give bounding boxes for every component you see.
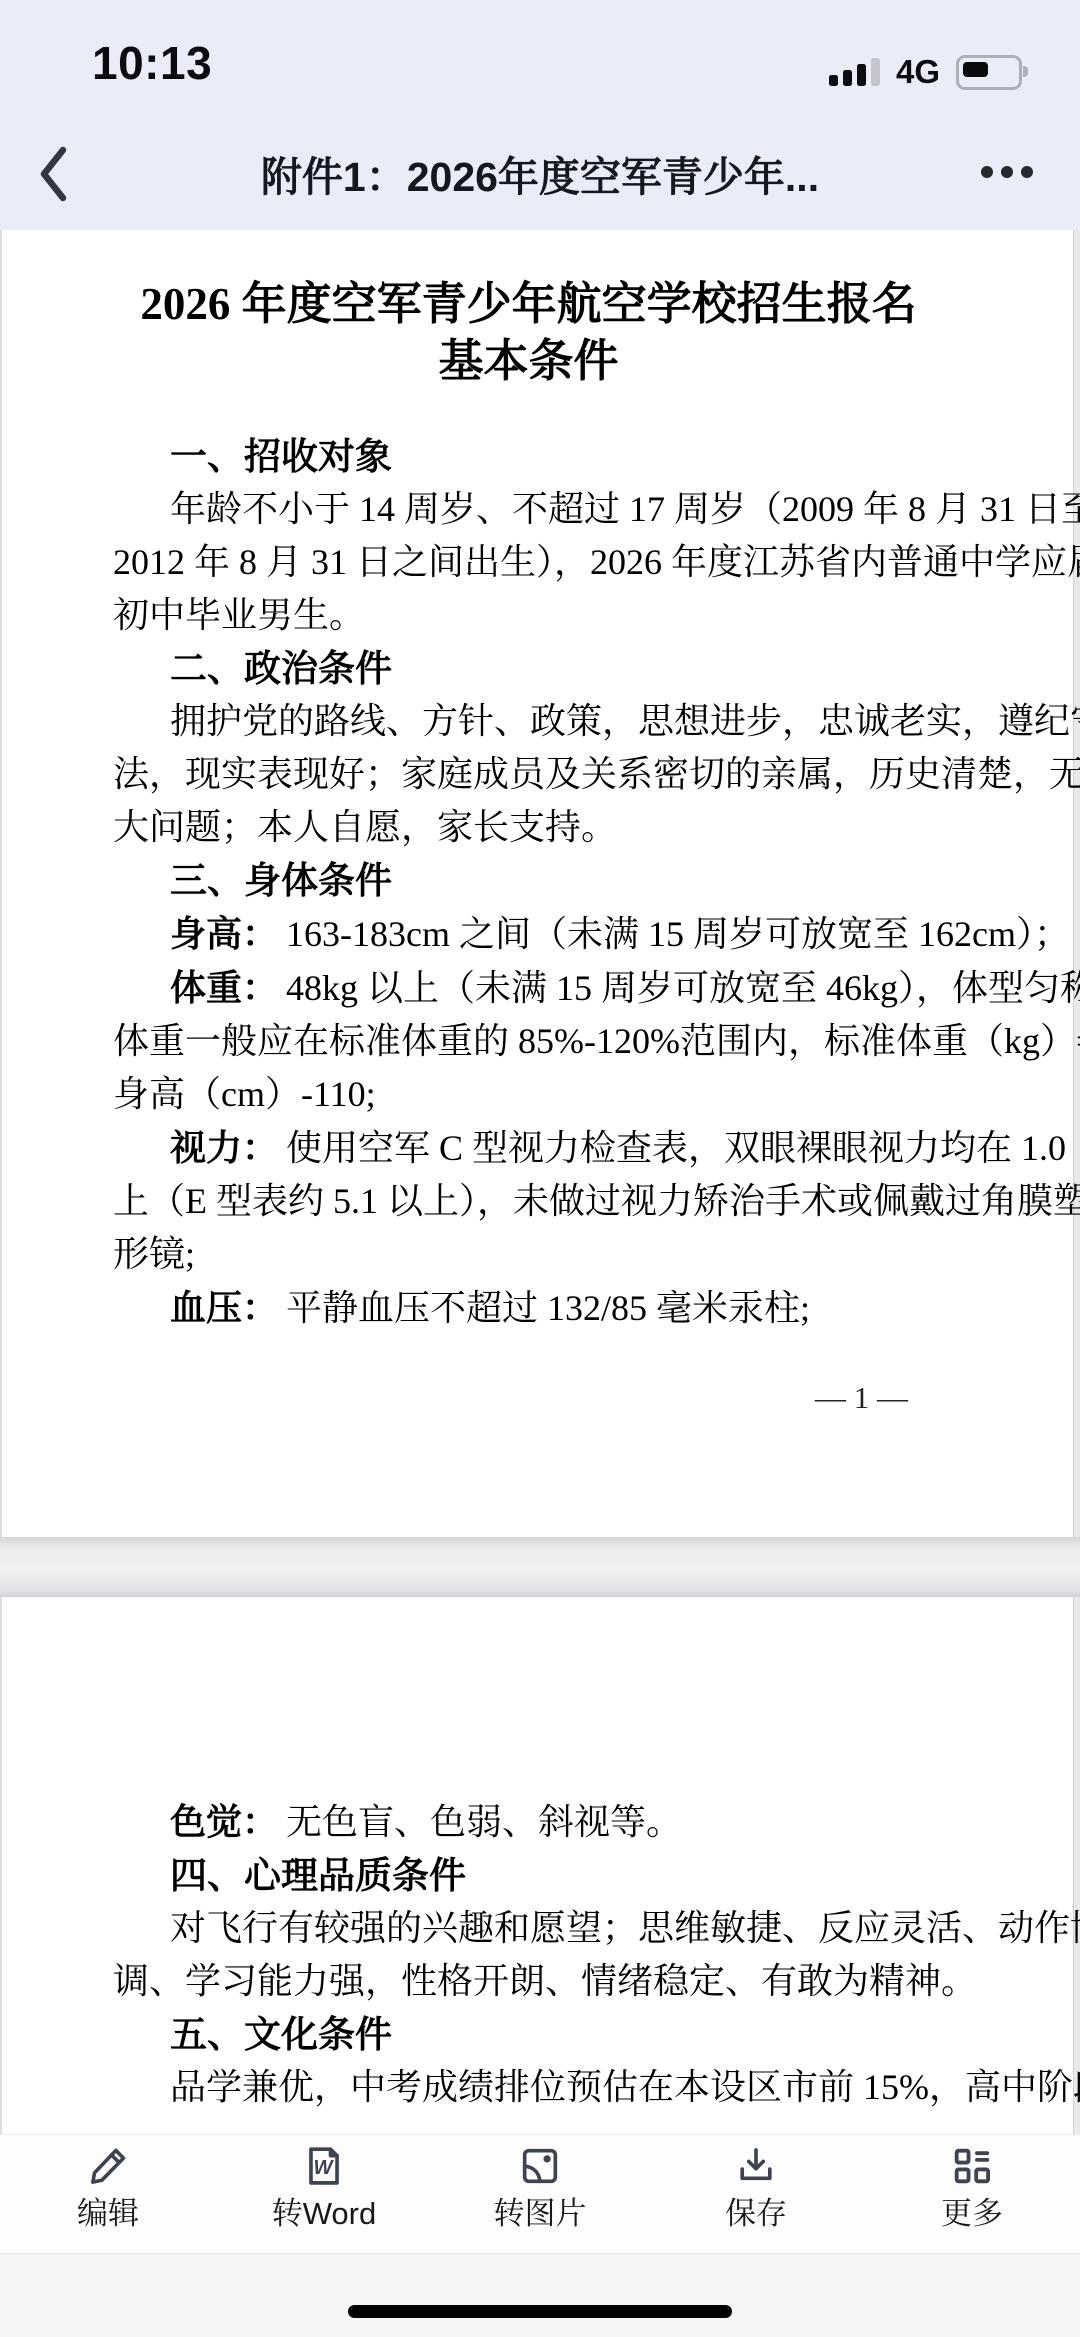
section-1-heading: 一、招收对象 — [113, 430, 944, 483]
body-line: 调、学习能力强，性格开朗、情绪稳定、有敢为精神。 — [113, 1955, 944, 2008]
weight-requirement-line: 体重：48kg 以上（未满 15 周岁可放宽至 46kg），体型匀称， — [113, 961, 944, 1015]
bottom-toolbar: 编辑 W 转Word 转图片 保存 — [0, 2134, 1080, 2337]
body-line: 法，现实表现好；家庭成员及关系密切的亲属，历史清楚，无重 — [113, 748, 944, 801]
image-icon — [517, 2143, 563, 2189]
status-bar: 10:13 4G — [0, 22, 1080, 102]
more-tools-label: 更多 — [941, 2197, 1003, 2231]
vision-requirement-line: 视力：使用空军 C 型视力检查表，双眼裸眼视力均在 1.0 以 — [113, 1121, 944, 1175]
vision-label: 视力： — [170, 1127, 278, 1168]
status-time: 10:13 — [92, 36, 212, 90]
body-line: 体重一般应在标准体重的 85%-120%范围内，标准体重（kg）= — [113, 1015, 944, 1068]
back-button[interactable] — [36, 142, 84, 206]
edit-label: 编辑 — [77, 2197, 139, 2231]
document-title-bar: 附件1：2026年度空军青少年... — [140, 144, 940, 203]
document-scroll-area[interactable]: 2026 年度空军青少年航空学校招生报名 基本条件 一、招收对象 年龄不小于 1… — [0, 230, 1080, 2337]
body-line: 拥护党的路线、方针、政策，思想进步，忠诚老实，遵纪守 — [113, 695, 944, 748]
document-page-1: 2026 年度空军青少年航空学校招生报名 基本条件 一、招收对象 年龄不小于 1… — [0, 230, 1074, 1537]
body-line: 品学兼优，中考成绩排位预估在本设区市前 15%，高中阶段 — [113, 2061, 944, 2114]
convert-to-image-button[interactable]: 转图片 — [432, 2135, 648, 2253]
body-line: 初中毕业男生。 — [113, 589, 944, 642]
body-line: 大问题；本人自愿，家长支持。 — [113, 801, 944, 854]
battery-icon — [956, 55, 1022, 90]
color-vision-line: 色觉：无色盲、色弱、斜视等。 — [113, 1795, 944, 1849]
signal-strength-icon — [829, 58, 880, 86]
body-line: 2012 年 8 月 31 日之间出生），2026 年度江苏省内普通中学应届 — [113, 536, 944, 589]
nav-bar: 附件1：2026年度空军青少年... — [0, 130, 1080, 218]
status-icons: 4G — [829, 44, 1022, 100]
download-icon — [733, 2143, 779, 2189]
home-indicator[interactable] — [348, 2305, 732, 2318]
convert-to-image-label: 转图片 — [494, 2197, 587, 2231]
convert-to-word-button[interactable]: W 转Word — [216, 2135, 432, 2253]
weight-label: 体重： — [170, 967, 278, 1008]
grid-more-icon — [949, 2143, 995, 2189]
page-gap — [0, 1537, 1080, 1597]
more-options-button[interactable] — [981, 146, 1033, 198]
doc-title-line-2: 基本条件 — [113, 333, 944, 390]
pencil-icon — [85, 2143, 131, 2189]
doc-title-line-1: 2026 年度空军青少年航空学校招生报名 — [113, 276, 944, 333]
section-5-heading: 五、文化条件 — [113, 2008, 944, 2061]
convert-to-word-label: 转Word — [272, 2197, 377, 2231]
section-4-heading: 四、心理品质条件 — [113, 1849, 944, 1902]
more-tools-button[interactable]: 更多 — [864, 2135, 1080, 2253]
edit-button[interactable]: 编辑 — [0, 2135, 216, 2253]
body-line: 形镜; — [113, 1228, 944, 1281]
bottom-safe-area — [0, 2253, 1080, 2337]
toolbar-actions: 编辑 W 转Word 转图片 保存 — [0, 2134, 1080, 2253]
body-line: 对飞行有较强的兴趣和愿望；思维敏捷、反应灵活、动作协 — [113, 1902, 944, 1955]
height-label: 身高： — [170, 913, 278, 954]
section-3-heading: 三、身体条件 — [113, 854, 944, 907]
word-doc-icon: W — [301, 2143, 347, 2189]
blood-pressure-label: 血压： — [170, 1287, 278, 1328]
svg-text:W: W — [314, 2157, 335, 2179]
ellipsis-icon — [981, 166, 993, 178]
body-line: 身高（cm）-110; — [113, 1068, 944, 1121]
blood-pressure-line: 血压：平静血压不超过 132/85 毫米汞柱; — [113, 1281, 944, 1335]
save-label: 保存 — [725, 2197, 787, 2231]
color-vision-label: 色觉： — [170, 1801, 278, 1842]
section-2-heading: 二、政治条件 — [113, 642, 944, 695]
page-number: — 1 — — [113, 1371, 944, 1424]
chevron-left-icon — [36, 144, 70, 204]
header: 10:13 4G 附件1：2026年度空军青少年... — [0, 0, 1080, 230]
body-line: 年龄不小于 14 周岁、不超过 17 周岁（2009 年 8 月 31 日至 — [113, 483, 944, 536]
save-button[interactable]: 保存 — [648, 2135, 864, 2253]
body-line: 上（E 型表约 5.1 以上），未做过视力矫治手术或佩戴过角膜塑 — [113, 1175, 944, 1228]
network-type-label: 4G — [896, 53, 940, 91]
height-requirement-line: 身高：163-183cm 之间（未满 15 周岁可放宽至 162cm）； — [113, 907, 944, 961]
